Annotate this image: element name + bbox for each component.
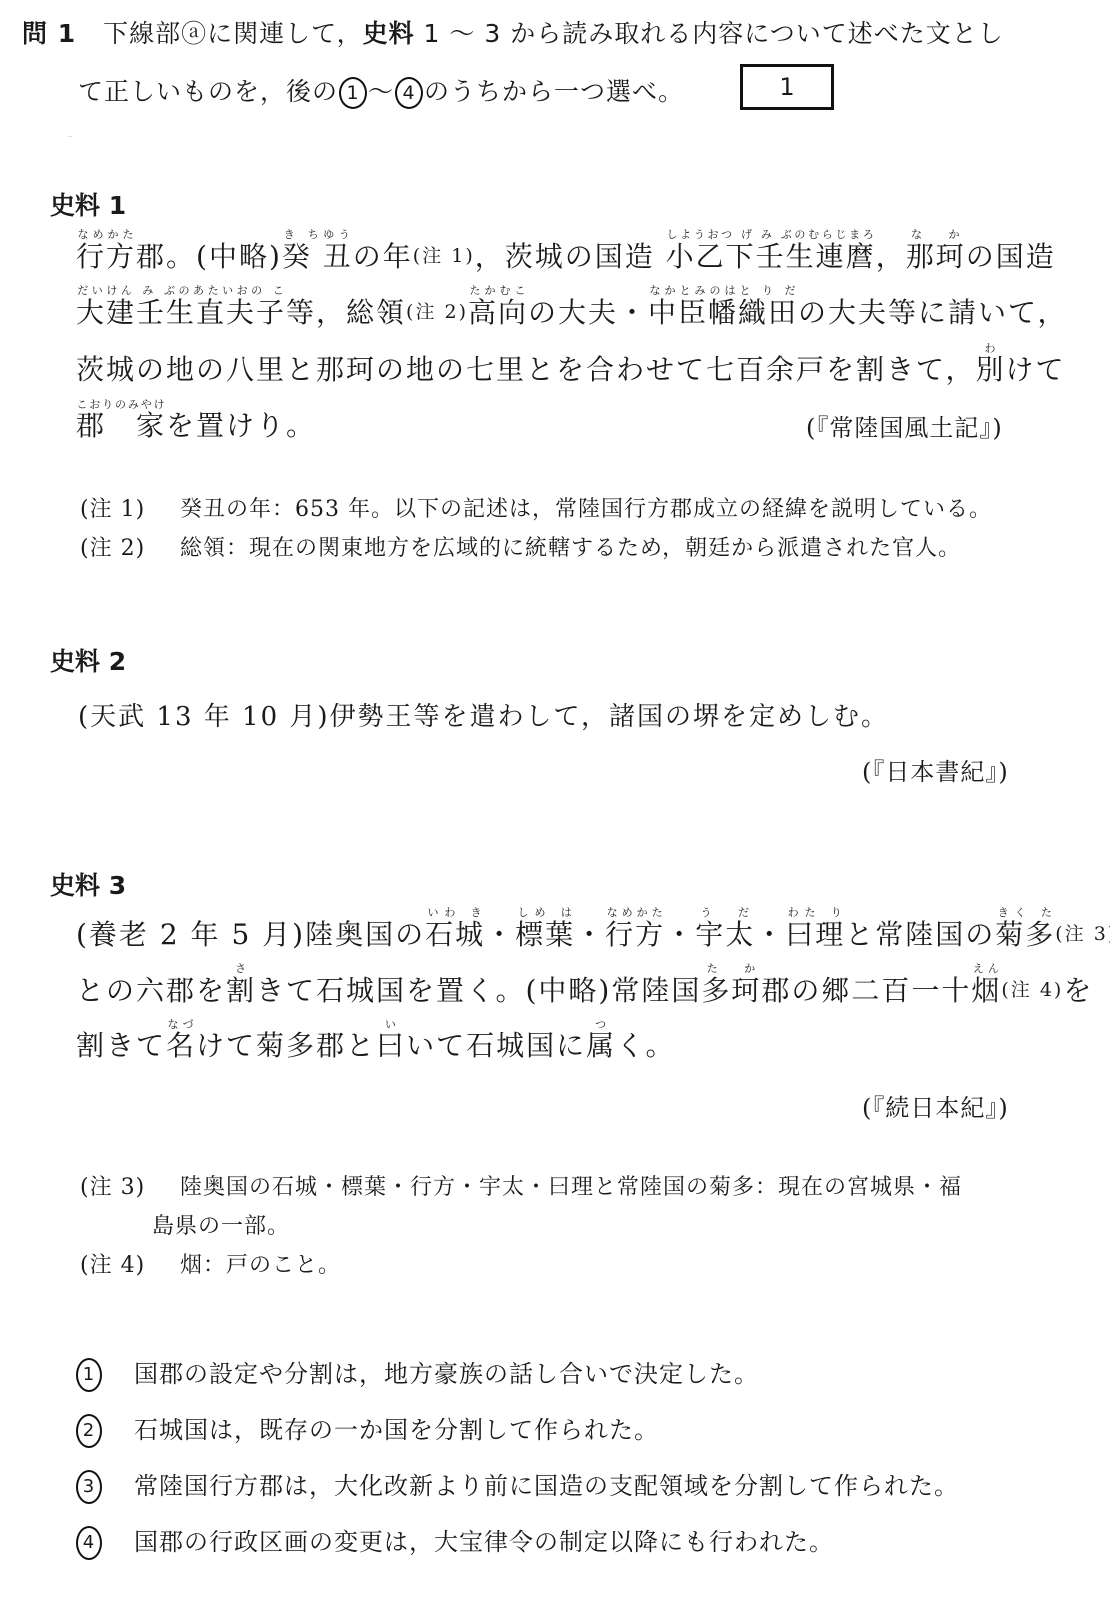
furigana: なめかた [76,228,136,241]
source-line: 割きて名なづけて菊多郡と曰いいて石城国に属つく。 [76,1018,676,1064]
furigana: き ちゆう [282,228,353,241]
ruby-word: 名なづ [166,1029,196,1062]
text-segment: ・ [665,918,695,951]
question-source-ref: 史料 [363,19,415,48]
text-segment: 等，総領 [286,296,406,329]
ruby-word: 行方なめかた [76,240,136,273]
source1-note-2: (注 2)総領：現在の関東地方を広域的に統轄するため，朝廷から派遣された官人。 [80,531,961,562]
ruby-base: 行方 [76,240,136,273]
text-segment: けて菊多郡と [196,1029,376,1062]
ruby-word: 烟えん [971,974,1001,1007]
furigana: しようおつ げ み ぶのむらじまろ [666,228,876,241]
furigana: なづ [166,1018,196,1031]
ruby-word: 属つ [586,1029,616,1062]
source1-heading: 史料 1 [50,186,126,222]
text-segment: 割きて [76,1029,166,1062]
source1-citation: (『常陸国風土記』) [806,408,1003,443]
ruby-word: 曰理わた り [785,918,845,951]
furigana: つ [586,1018,616,1031]
furigana: しめ は [515,906,575,919]
note-text: 癸丑の年：653 年。以下の記述は，常陸国行方郡成立の経緯を説明している。 [180,497,992,522]
note-text: 烟：戸のこと。 [180,1253,341,1278]
note-tag: (注 1) [80,492,180,523]
circled-number-last: 4 [395,77,423,109]
text-segment: 郡。(中略) [136,240,282,273]
question-text-pre: 下線部ⓐに関連して， [103,19,363,48]
choice-text: 国郡の設定や分割は，地方豪族の話し合いで決定した。 [134,1360,759,1388]
ruby-base: 烟 [971,974,1001,1007]
text-segment: ・ [755,918,785,951]
ruby-base: 小乙下壬生連麿 [666,240,876,273]
question-line-2: て正しいものを，後の1～4のうちから一つ選べ。 [78,72,684,109]
ruby-base: 大建壬生直夫子 [76,296,286,329]
ruby-word: 標葉しめ は [515,918,575,951]
text-segment: 茨城の地の八里と那珂の地の七里とを合わせて七百余戸を割きて， [76,353,975,386]
furigana: う だ [695,906,755,919]
source3-note-4: (注 4)烟：戸のこと。 [80,1248,341,1279]
ruby-base: 菊多 [995,918,1055,951]
source3-note-3: (注 3)陸奥国の石城・標葉・行方・宇太・曰理と常陸国の菊多：現在の宮城県・福 [80,1170,962,1201]
source-line: 茨城の地の八里と那珂の地の七里とを合わせて七百余戸を割きて，別わけて [76,342,1065,388]
ruby-word: 割さ [226,974,256,1007]
text-segment: いて石城国に [406,1029,586,1062]
question-line2-pre: て正しいものを，後の [78,77,338,106]
furigana: たかむこ [468,284,528,297]
source-line: 郡 家こおりのみやけを置けり。 [76,398,316,444]
text-segment: く。 [616,1029,675,1062]
furigana: な か [906,228,966,241]
furigana: い [376,1018,406,1031]
question-text-post: 1 ～ 3 から読み取れる内容について述べた文とし [415,19,1004,48]
ruby-base: 行方 [605,918,665,951]
furigana: いわ き [425,906,485,919]
footnote-ref: (注 3) [1055,923,1110,945]
choice-text: 常陸国行方郡は，大化改新より前に国造の支配領域を分割して作られた。 [134,1472,959,1500]
furigana: なめかた [605,906,665,919]
text-segment: の国造 [966,240,1056,273]
furigana: こおりのみやけ [76,398,166,411]
furigana: だいけん み ぶのあたいおの こ [76,284,286,297]
note-text: 総領：現在の関東地方を広域的に統轄するため，朝廷から派遣された官人。 [180,536,961,561]
ruby-word: 宇太う だ [695,918,755,951]
furigana: さ [226,962,256,975]
ruby-word: 石城いわ き [425,918,485,951]
scan-mark [68,136,72,137]
tilde: ～ [368,77,394,106]
ruby-word: 菊多きく た [995,918,1055,951]
ruby-base: 石城 [425,918,485,951]
question-line-1: 問 1 下線部ⓐに関連して，史料 1 ～ 3 から読み取れる内容について述べた文… [22,14,1004,50]
footnote-ref: (注 2) [406,301,468,323]
ruby-base: 中臣幡織田 [648,296,798,329]
source-line: との六郡を割さきて石城国を置く。(中略)常陸国多珂た か郡の郷二百一十烟えん(注… [76,962,1093,1009]
text-segment: と常陸国の [845,918,995,951]
ruby-base: 属 [586,1029,616,1062]
choice-text: 国郡の行政区画の変更は，大宝律令の制定以降にも行われた。 [134,1528,834,1556]
source2-heading: 史料 2 [50,642,126,678]
ruby-base: 割 [226,974,256,1007]
ruby-word: 高向たかむこ [468,296,528,329]
text-segment: の大夫等に請いて， [798,296,1067,329]
ruby-word: 中臣幡織田なかとみのはと り だ [648,296,798,329]
note-tag: (注 4) [80,1248,180,1279]
source2-citation: (『日本書紀』) [862,752,1009,787]
text-segment: を [1063,974,1093,1007]
note-tag: (注 2) [80,531,180,562]
choice-1[interactable]: 1国郡の設定や分割は，地方豪族の話し合いで決定した。 [76,1354,759,1392]
choice-number-3: 3 [76,1470,102,1504]
ruby-base: 宇太 [695,918,755,951]
text-segment: ・ [485,918,515,951]
ruby-word: 別わ [975,353,1005,386]
source1-note-1: (注 1)癸丑の年：653 年。以下の記述は，常陸国行方郡成立の経緯を説明してい… [80,492,992,523]
source-line: (養老 2 年 5 月)陸奥国の石城いわ き・標葉しめ は・行方なめかた・宇太う… [76,906,1110,953]
ruby-base: 名 [166,1029,196,1062]
furigana: なかとみのはと り だ [648,284,798,297]
ruby-base: 標葉 [515,918,575,951]
question-number: 問 1 [22,19,76,48]
text-segment: ，茨城の国造 [475,240,666,273]
text-segment: の大夫・ [528,296,648,329]
ruby-word: 行方なめかた [605,918,665,951]
furigana: きく た [995,906,1055,919]
note-text: 陸奥国の石城・標葉・行方・宇太・曰理と常陸国の菊多：現在の宮城県・福 [180,1175,962,1200]
answer-box[interactable]: 1 [740,64,834,110]
text-segment: (養老 2 年 5 月)陸奥国の [76,918,425,951]
ruby-word: 曰い [376,1029,406,1062]
ruby-word: 多珂た か [701,974,761,1007]
source3-citation: (『続日本紀』) [862,1088,1009,1123]
question-line2-post: のうちから一つ選べ。 [424,77,684,106]
text-segment: ， [876,240,906,273]
furigana: わた り [785,906,845,919]
source3-heading: 史料 3 [50,866,126,902]
ruby-base: 別 [975,353,1005,386]
ruby-base: 曰 [376,1029,406,1062]
choice-4[interactable]: 4国郡の行政区画の変更は，大宝律令の制定以降にも行われた。 [76,1522,834,1560]
source-line: 行方なめかた郡。(中略)癸 丑き ちゆうの年(注 1)，茨城の国造 小乙下壬生連… [76,228,1056,275]
choice-number-1: 1 [76,1358,102,1392]
text-segment: きて石城国を置く。(中略)常陸国 [256,974,701,1007]
text-segment: を置けり。 [166,409,316,442]
furigana: わ [975,342,1005,355]
footnote-ref: (注 4) [1001,979,1063,1001]
furigana: えん [971,962,1001,975]
ruby-base: 高向 [468,296,528,329]
ruby-base: 多珂 [701,974,761,1007]
choice-2[interactable]: 2石城国は，既存の一か国を分割して作られた。 [76,1410,659,1448]
source-line: 大建壬生直夫子だいけん み ぶのあたいおの こ等，総領(注 2)高向たかむこの大… [76,284,1068,331]
ruby-base: 曰理 [785,918,845,951]
ruby-word: 癸 丑き ちゆう [282,240,353,273]
ruby-base: 郡 家 [76,409,166,442]
ruby-word: 郡 家こおりのみやけ [76,409,166,442]
text-segment: けて [1005,353,1065,386]
choice-number-2: 2 [76,1414,102,1448]
text-segment: ・ [575,918,605,951]
ruby-word: 小乙下壬生連麿しようおつ げ み ぶのむらじまろ [666,240,876,273]
source3-note-3-continued: 島県の一部。 [152,1209,290,1240]
choice-text: 石城国は，既存の一か国を分割して作られた。 [134,1416,659,1444]
furigana: た か [701,962,761,975]
ruby-word: 那珂な か [906,240,966,273]
ruby-word: 大建壬生直夫子だいけん み ぶのあたいおの こ [76,296,286,329]
choice-3[interactable]: 3常陸国行方郡は，大化改新より前に国造の支配領域を分割して作られた。 [76,1466,959,1504]
text-segment: 郡の郷二百一十 [761,974,971,1007]
source2-text: (天武 13 年 10 月)伊勢王等を遣わして，諸国の堺を定めしむ。 [78,696,889,733]
ruby-base: 癸 丑 [282,240,353,273]
text-segment: の年 [353,240,413,273]
choice-number-4: 4 [76,1526,102,1560]
circled-number-first: 1 [339,77,367,109]
note-tag: (注 3) [80,1170,180,1201]
ruby-base: 那珂 [906,240,966,273]
footnote-ref: (注 1) [413,245,475,267]
text-segment: との六郡を [76,974,226,1007]
